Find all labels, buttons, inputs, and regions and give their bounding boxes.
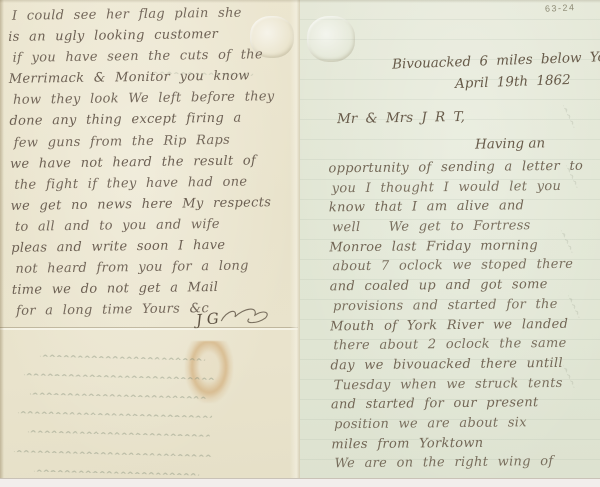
handwritten-line: and started for our present: [331, 393, 586, 415]
handwritten-line: opportunity of sending a letter to: [328, 157, 583, 179]
handwritten-line: and coaled up and got some: [330, 275, 585, 297]
background-mat-strip: [0, 478, 600, 487]
handwritten-line: know that I am alive and: [329, 196, 584, 218]
handwritten-line: We are on the right wing of: [334, 452, 586, 474]
letter-page-left: I could see her flag plain she is an ugl…: [0, 0, 300, 479]
handwritten-line: Monroe last Friday morning: [329, 235, 584, 257]
handwritten-line: day we bivouacked there untill: [330, 354, 585, 376]
signature-flourish-icon: [218, 305, 272, 329]
handwritten-line: there about 2 oclock the same: [333, 334, 585, 356]
handwritten-line: you I thought I would let you: [332, 176, 584, 198]
handwritten-line: Mouth of York River we landed: [330, 314, 585, 336]
handwritten-line: position we are about six: [334, 413, 586, 435]
paper-top-edge-shadow: [0, 0, 600, 3]
horizontal-fold-crease: [0, 327, 298, 330]
embossed-stationery-seal-right: [307, 16, 355, 62]
handwritten-line: provisions and started for the: [333, 294, 585, 316]
handwritten-line: Tuesday when we struck tents: [334, 373, 586, 395]
pencil-catalog-number: 63-24: [545, 2, 576, 14]
handwritten-line: miles from Yorktown: [331, 432, 586, 454]
left-page-text: I could see her flag plain she is an ugl…: [8, 2, 278, 322]
paper-left-edge-shadow: [0, 0, 4, 479]
handwritten-line: about 7 oclock we stoped there: [332, 255, 584, 277]
salutation: Mr & Mrs J R T,: [337, 109, 465, 127]
handwritten-line: well We get to Fortress: [332, 216, 584, 238]
right-page-text: opportunity of sending a letter to you I…: [328, 157, 586, 475]
letter-photograph: I could see her flag plain she is an ugl…: [0, 0, 600, 487]
opening-phrase: Having an: [475, 135, 545, 152]
